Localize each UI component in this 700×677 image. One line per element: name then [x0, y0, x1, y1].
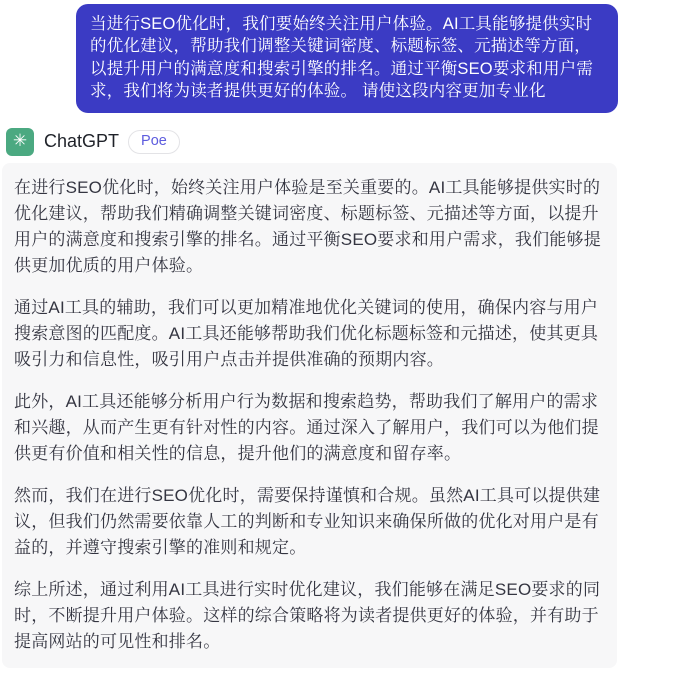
- response-paragraph: 通过AI工具的辅助，我们可以更加精准地优化关键词的使用，确保内容与用户搜索意图的…: [14, 295, 603, 373]
- response-paragraph: 然而，我们在进行SEO优化时，需要保持谨慎和合规。虽然AI工具可以提供建议，但我…: [14, 483, 603, 561]
- chat-page: 当进行SEO优化时，我们要始终关注用户体验。AI工具能够提供实时的优化建议，帮助…: [0, 0, 700, 677]
- assistant-message-bubble: 在进行SEO优化时，始终关注用户体验是至关重要的。AI工具能够提供实时的优化建议…: [2, 163, 617, 668]
- user-message-row: 当进行SEO优化时，我们要始终关注用户体验。AI工具能够提供实时的优化建议，帮助…: [0, 0, 700, 113]
- poe-badge[interactable]: Poe: [128, 130, 180, 154]
- openai-logo-icon: ✳: [13, 132, 27, 149]
- bot-header: ✳ ChatGPT Poe: [6, 127, 700, 157]
- user-message-bubble: 当进行SEO优化时，我们要始终关注用户体验。AI工具能够提供实时的优化建议，帮助…: [76, 4, 618, 113]
- bot-name-label: ChatGPT: [44, 131, 119, 152]
- chatgpt-avatar: ✳: [6, 128, 34, 156]
- response-paragraph: 在进行SEO优化时，始终关注用户体验是至关重要的。AI工具能够提供实时的优化建议…: [14, 175, 603, 279]
- response-paragraph: 此外，AI工具还能够分析用户行为数据和搜索趋势，帮助我们了解用户的需求和兴趣，从…: [14, 389, 603, 467]
- response-paragraph: 综上所述，通过利用AI工具进行实时优化建议，我们能够在满足SEO要求的同时，不断…: [14, 577, 603, 655]
